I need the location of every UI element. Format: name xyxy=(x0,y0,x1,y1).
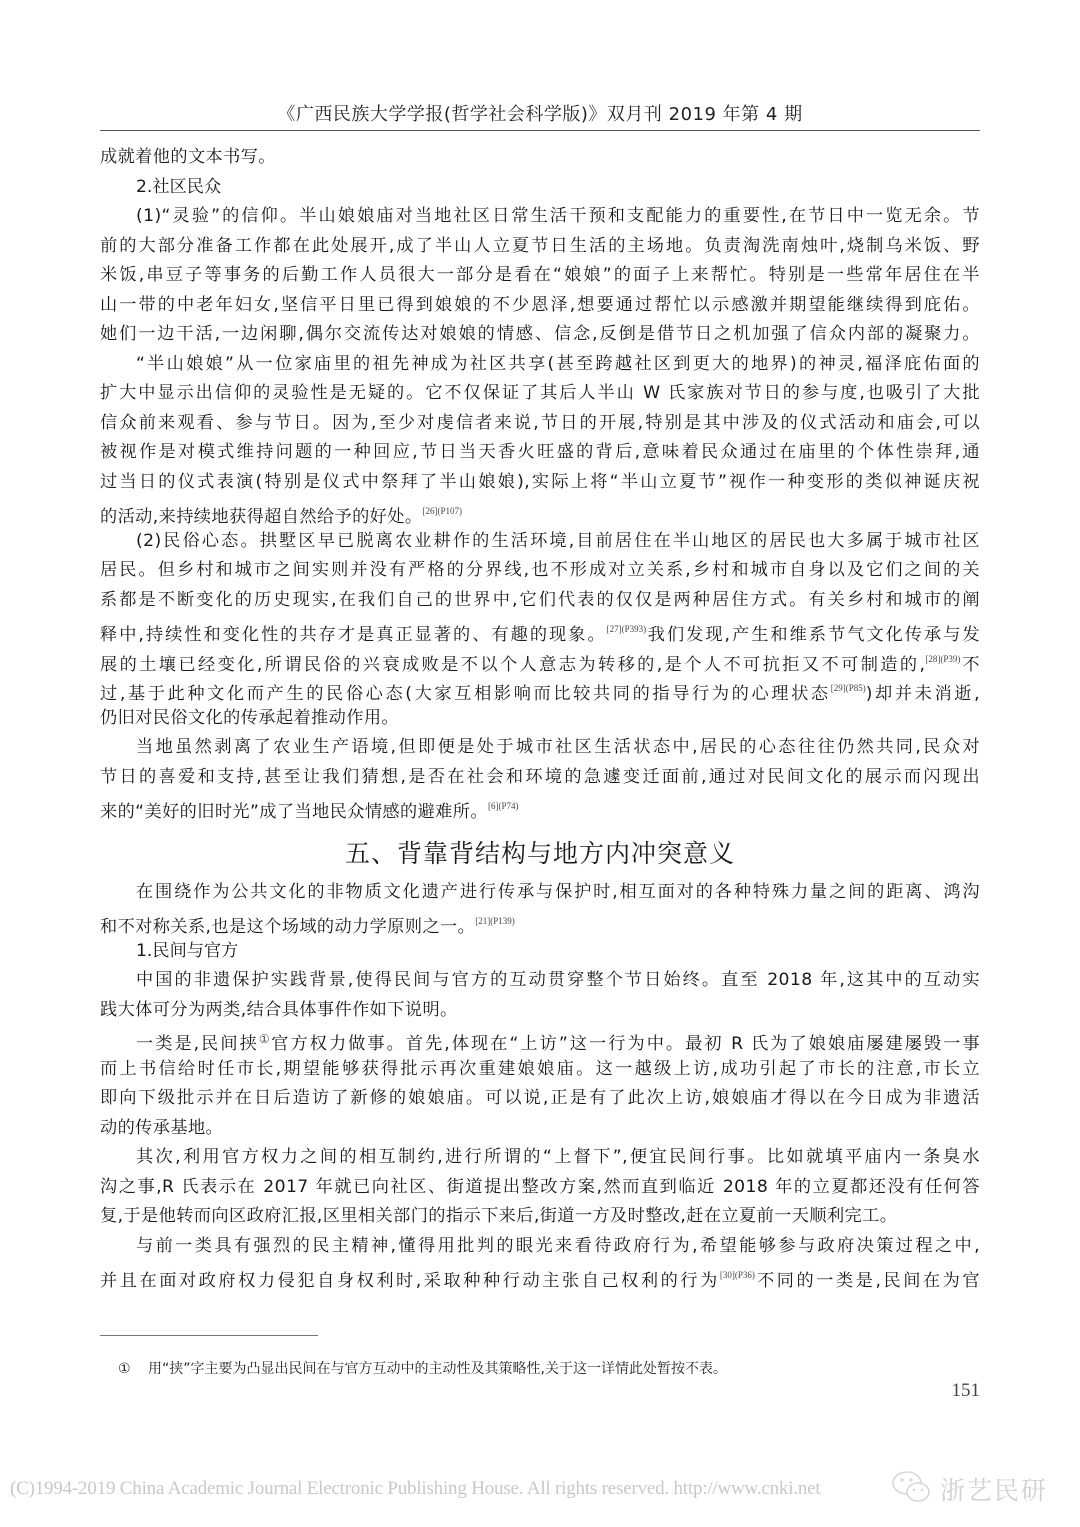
citation: [30](P36) xyxy=(720,1270,755,1280)
body-text: 释中,持续性和变化性的共存才是真正显著的、有趣的现象。 xyxy=(100,625,607,645)
body-line: 被视作是对模式维持问题的一种回应,节日当天香火旺盛的背后,意味着民众通过在庙里的… xyxy=(100,438,980,468)
article-body: 成就着他的文本书写。 2.社区民众 (1)“灵验”的信仰。半山娘娘庙对当地社区日… xyxy=(100,143,980,1291)
footnote-text: 用“挟”字主要为凸显出民间在与官方互动中的主动性及其策略性,关于这一详情此处暂按… xyxy=(148,1361,727,1377)
body-line: 成就着他的文本书写。 xyxy=(100,143,980,173)
body-text: 的活动,来持续地获得超自然给予的好处。 xyxy=(100,507,422,527)
body-text: 过,基于此种文化而产生的民俗心态(大家互相影响而比较共同的指导行为的心理状态 xyxy=(100,684,831,704)
body-line: (1)“灵验”的信仰。半山娘娘庙对当地社区日常生活干预和支配能力的重要性,在节日… xyxy=(100,202,980,232)
body-text: 不同的一类是,民间在为官 xyxy=(755,1271,980,1291)
citation: [27](P393) xyxy=(607,624,647,634)
body-line: 与前一类具有强烈的民主精神,懂得用批判的眼光来看待政府行为,希望能够参与政府决策… xyxy=(100,1232,980,1262)
watermark-text: 浙艺民研 xyxy=(940,1471,1048,1507)
body-line: 的活动,来持续地获得超自然给予的好处。[26](P107) xyxy=(100,497,980,527)
body-line: 其次,利用官方权力之间的相互制约,进行所谓的“上督下”,便宜民间行事。比如就填平… xyxy=(100,1143,980,1173)
body-text: 展的土壤已经变化,所谓民俗的兴衰成败是不以个人意志为转移的,是个人不可抗拒又不可… xyxy=(100,655,925,675)
body-line: 展的土壤已经变化,所谓民俗的兴衰成败是不以个人意志为转移的,是个人不可抗拒又不可… xyxy=(100,645,980,675)
body-text: 一类是,民间挟 xyxy=(136,1034,259,1054)
body-line: 而上书信给时任市长,期望能够获得批示再次重建娘娘庙。这一越级上访,成功引起了市长… xyxy=(100,1055,980,1085)
citation: [6](P74) xyxy=(488,801,519,811)
body-line: 复,于是他转而向区政府汇报,区里相关部门的指示下来后,街道一方及时整改,赶在立夏… xyxy=(100,1202,980,1232)
body-text: 不 xyxy=(960,655,980,675)
body-line: 中国的非遗保护实践背景,使得民间与官方的互动贯穿整个节日始终。直至 2018 年… xyxy=(100,966,980,996)
body-line: 居民。但乡村和城市之间实则并没有严格的分界线,也不形成对立关系,乡村和城市自身以… xyxy=(100,556,980,586)
footnote-marker[interactable]: ① xyxy=(259,1032,271,1046)
citation: [28](P39) xyxy=(925,654,960,664)
running-header: 《广西民族大学学报(哲学社会科学版)》双月刊 2019 年第 4 期 xyxy=(100,100,980,126)
body-line: 释中,持续性和变化性的共存才是真正显著的、有趣的现象。[27](P393)我们发… xyxy=(100,615,980,645)
body-line: 系都是不断变化的历史现实,在我们自己的世界中,它们代表的仅仅是两种居住方式。有关… xyxy=(100,586,980,616)
body-line: 沟之事,R 氏表示在 2017 年就已向社区、街道提出整改方案,然而直到临近 2… xyxy=(100,1173,980,1203)
section-title: 五、背靠背结构与地方内冲突意义 xyxy=(100,832,980,878)
subsection-title: 2.社区民众 xyxy=(100,173,980,203)
body-text: 并且在面对政府权力侵犯自身权利时,采取种种行动主张自己权利的行为 xyxy=(100,1271,720,1291)
footnote-mark: ① xyxy=(118,1361,148,1377)
body-text: 我们发现,产生和维系节气文化传承与发 xyxy=(646,625,980,645)
citation: [26](P107) xyxy=(422,506,462,516)
wechat-icon xyxy=(890,1468,934,1510)
watermark: 浙艺民研 xyxy=(890,1468,1048,1510)
footnote: ①用“挟”字主要为凸显出民间在与官方互动中的主动性及其策略性,关于这一详情此处暂… xyxy=(118,1358,727,1378)
body-line: 过,基于此种文化而产生的民俗心态(大家互相影响而比较共同的指导行为的心理状态[2… xyxy=(100,674,980,704)
body-line: 并且在面对政府权力侵犯自身权利时,采取种种行动主张自己权利的行为[30](P36… xyxy=(100,1261,980,1291)
body-text: 官方权力做事。首先,体现在“上访”这一行为中。最初 R 氏为了娘娘庙屡建屡毁一事 xyxy=(271,1034,980,1054)
citation: [29](P85) xyxy=(831,683,866,693)
body-text: 来的“美好的旧时光”成了当地民众情感的避难所。 xyxy=(100,802,488,822)
header-rule xyxy=(100,130,980,131)
citation: [21](P139) xyxy=(475,916,515,926)
footnote-rule xyxy=(100,1335,318,1336)
body-line: 践大体可分为两类,结合具体事件作如下说明。 xyxy=(100,996,980,1026)
body-line: 信众前来观看、参与节日。因为,至少对虔信者来说,节日的开展,特别是其中涉及的仪式… xyxy=(100,409,980,439)
body-line: 她们一边干活,一边闲聊,偶尔交流传达对娘娘的情感、信念,反倒是借节日之机加强了信… xyxy=(100,320,980,350)
body-line: 仍旧对民俗文化的传承起着推动作用。 xyxy=(100,704,980,734)
body-line: (2)民俗心态。拱墅区早已脱离农业耕作的生活环境,目前居住在半山地区的居民也大多… xyxy=(100,527,980,557)
body-line: “半山娘娘”从一位家庙里的祖先神成为社区共享(甚至跨越社区到更大的地界)的神灵,… xyxy=(100,350,980,380)
body-text: 和不对称关系,也是这个场域的动力学原则之一。 xyxy=(100,917,475,937)
body-line: 来的“美好的旧时光”成了当地民众情感的避难所。[6](P74) xyxy=(100,792,980,822)
body-line: 米饭,串豆子等事务的后勤工作人员很大一部分是看在“娘娘”的面子上来帮忙。特别是一… xyxy=(100,261,980,291)
body-line: 动的传承基地。 xyxy=(100,1114,980,1144)
body-line: 和不对称关系,也是这个场域的动力学原则之一。[21](P139) xyxy=(100,907,980,937)
body-line: 即向下级批示并在日后造访了新修的娘娘庙。可以说,正是有了此次上访,娘娘庙才得以在… xyxy=(100,1084,980,1114)
body-line: 当地虽然剥离了农业生产语境,但即便是处于城市社区生活状态中,居民的心态往往仍然共… xyxy=(100,733,980,763)
page-number: 151 xyxy=(952,1380,981,1402)
body-line: 节日的喜爱和支持,甚至让我们猜想,是否在社会和环境的急遽变迁面前,通过对民间文化… xyxy=(100,763,980,793)
subsection-title: 1.民间与官方 xyxy=(100,937,980,967)
body-line: 在围绕作为公共文化的非物质文化遗产进行传承与保护时,相互面对的各种特殊力量之间的… xyxy=(100,878,980,908)
body-line: 过当日的仪式表演(特别是仪式中祭拜了半山娘娘),实际上将“半山立夏节”视作一种变… xyxy=(100,468,980,498)
body-text: )却并未消逝, xyxy=(866,684,980,704)
body-line: 扩大中显示出信仰的灵验性是无疑的。它不仅保证了其后人半山 W 氏家族对节日的参与… xyxy=(100,379,980,409)
body-line: 山一带的中老年妇女,坚信平日里已得到娘娘的不少恩泽,想要通过帮忙以示感激并期望能… xyxy=(100,291,980,321)
body-line: 一类是,民间挟①官方权力做事。首先,体现在“上访”这一行为中。最初 R 氏为了娘… xyxy=(100,1025,980,1055)
copyright-notice: (C)1994-2019 China Academic Journal Elec… xyxy=(10,1478,820,1500)
body-line: 前的大部分准备工作都在此处展开,成了半山人立夏节日生活的主场地。负责淘洗南烛叶,… xyxy=(100,232,980,262)
